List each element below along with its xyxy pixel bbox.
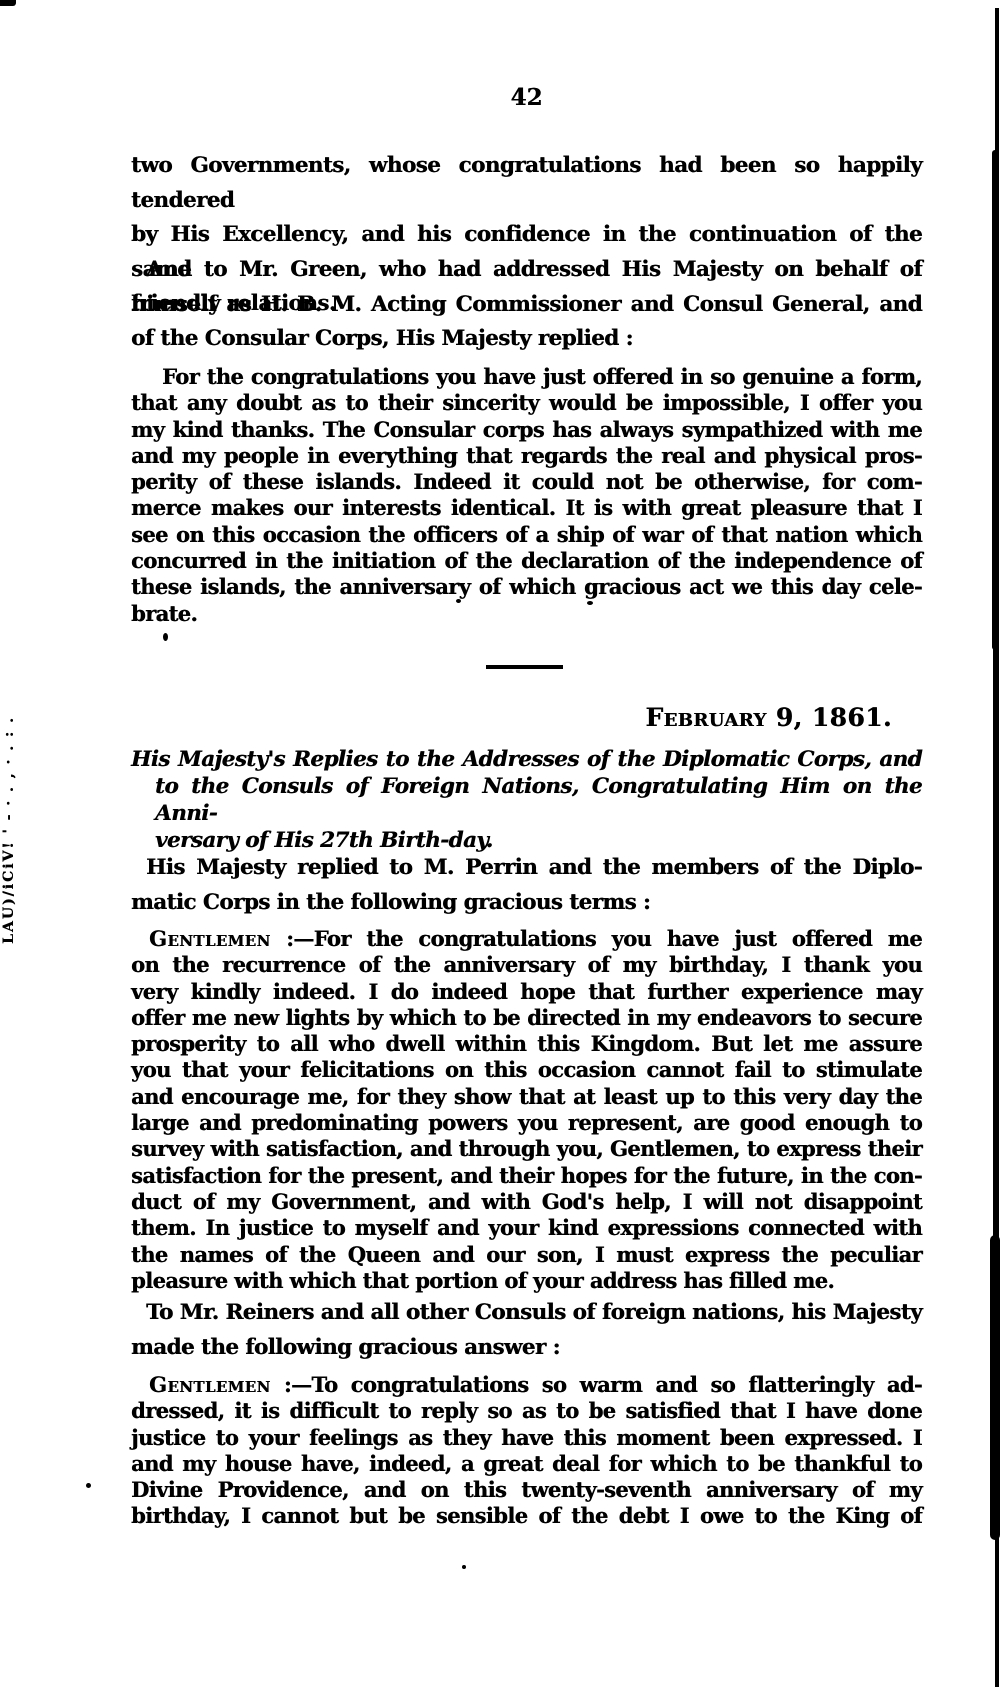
section-divider-rule — [486, 665, 563, 669]
text-line: perity of these islands. Indeed it could… — [131, 469, 922, 495]
text-line: To Mr. Reiners and all other Consuls of … — [131, 1296, 922, 1331]
text-line: survey with satisfaction, and through yo… — [131, 1136, 922, 1162]
date-line: February 9, 1861. — [131, 703, 892, 732]
text-line: dressed, it is difficult to reply so as … — [131, 1398, 922, 1424]
text-line: Gentlemen :—To congratulations so warm a… — [131, 1372, 922, 1398]
text-line: on the recurrence of the anniversary of … — [131, 952, 922, 978]
text-line: and my house have, indeed, a great deal … — [131, 1451, 922, 1477]
scanned-book-page: LAU)/iCiV! ' - · . , · . : . 42 two Gove… — [0, 0, 1000, 1687]
text-line: merce makes our interests identical. It … — [131, 495, 922, 521]
text-line: and my people in everything that regards… — [131, 443, 922, 469]
text-line: these islands, the anniversary of which … — [131, 574, 922, 600]
text-line: For the congratulations you have just of… — [131, 364, 922, 390]
ink-speck — [587, 601, 593, 605]
small-caps-lead: Gentlemen — [149, 1372, 271, 1397]
date-text: February 9, 1861. — [645, 703, 892, 732]
text-line: His Majesty's Replies to the Addresses o… — [131, 746, 922, 773]
text-line: himself as H. B. M. Acting Commissioner … — [131, 288, 922, 323]
text-line: large and predominating powers you repre… — [131, 1110, 922, 1136]
section-heading-italic: His Majesty's Replies to the Addresses o… — [131, 746, 922, 854]
text-line: duct of my Government, and with God's he… — [131, 1189, 922, 1215]
text-line: And to Mr. Green, who had addressed His … — [131, 253, 922, 288]
page-edge-line — [992, 150, 998, 650]
royal-reply-consular-corps: For the congratulations you have just of… — [131, 364, 922, 627]
text-line: and encourage me, for they show that at … — [131, 1084, 922, 1110]
small-caps-lead: Gentlemen — [149, 926, 271, 951]
paragraph-mr-green: And to Mr. Green, who had addressed His … — [131, 253, 922, 357]
ink-speck — [86, 1483, 91, 1488]
text-line: brate. — [131, 601, 922, 627]
text-line: you that your felicitations on this occa… — [131, 1057, 922, 1083]
text-line: justice to your feelings as they have th… — [131, 1425, 922, 1451]
text-line: satisfaction for the present, and their … — [131, 1163, 922, 1189]
text-line: Divine Providence, and on this twenty-se… — [131, 1477, 922, 1503]
text-line: see on this occasion the officers of a s… — [131, 522, 922, 548]
text-line: two Governments, whose congratulations h… — [131, 149, 922, 218]
page-number: 42 — [131, 84, 922, 111]
scan-corner-artifact — [0, 0, 16, 6]
paragraph-perrin-intro: His Majesty replied to M. Perrin and the… — [131, 851, 922, 920]
ink-speck — [462, 1565, 466, 1569]
text-line: concurred in the initiation of the decla… — [131, 548, 922, 574]
text-line: pleasure with which that portion of your… — [131, 1268, 922, 1294]
text-line: of the Consular Corps, His Majesty repli… — [131, 322, 922, 357]
text-line: that any doubt as to their sincerity wou… — [131, 390, 922, 416]
ink-speck — [456, 599, 461, 603]
text-line: prosperity to all who dwell within this … — [131, 1031, 922, 1057]
royal-reply-diplomatic-corps: Gentlemen :—For the congratulations you … — [131, 926, 922, 1294]
text-line: them. In justice to myself and your kind… — [131, 1215, 922, 1241]
margin-bleed-artifact: LAU)/iCiV! ' - · . , · . : . — [0, 594, 18, 944]
text-line: to the Consuls of Foreign Nations, Congr… — [131, 773, 922, 827]
text-line: versary of His 27th Birth-day. — [131, 827, 922, 854]
text-line: my kind thanks. The Consular corps has a… — [131, 417, 922, 443]
ink-speck — [163, 633, 168, 641]
paragraph-reiners-intro: To Mr. Reiners and all other Consuls of … — [131, 1296, 922, 1365]
royal-reply-consuls: Gentlemen :—To congratulations so warm a… — [131, 1372, 922, 1530]
text-line: the names of the Queen and our son, I mu… — [131, 1242, 922, 1268]
text-line: made the following gracious answer : — [131, 1331, 922, 1366]
text-line: very kindly indeed. I do indeed hope tha… — [131, 979, 922, 1005]
text-line: Gentlemen :—For the congratulations you … — [131, 926, 922, 952]
text-line: His Majesty replied to M. Perrin and the… — [131, 851, 922, 886]
page-edge-line — [993, 620, 998, 1320]
text-line: offer me new lights by which to be direc… — [131, 1005, 922, 1031]
text-line: matic Corps in the following gracious te… — [131, 886, 922, 921]
text-line: birthday, I cannot but be sensible of th… — [131, 1503, 922, 1529]
